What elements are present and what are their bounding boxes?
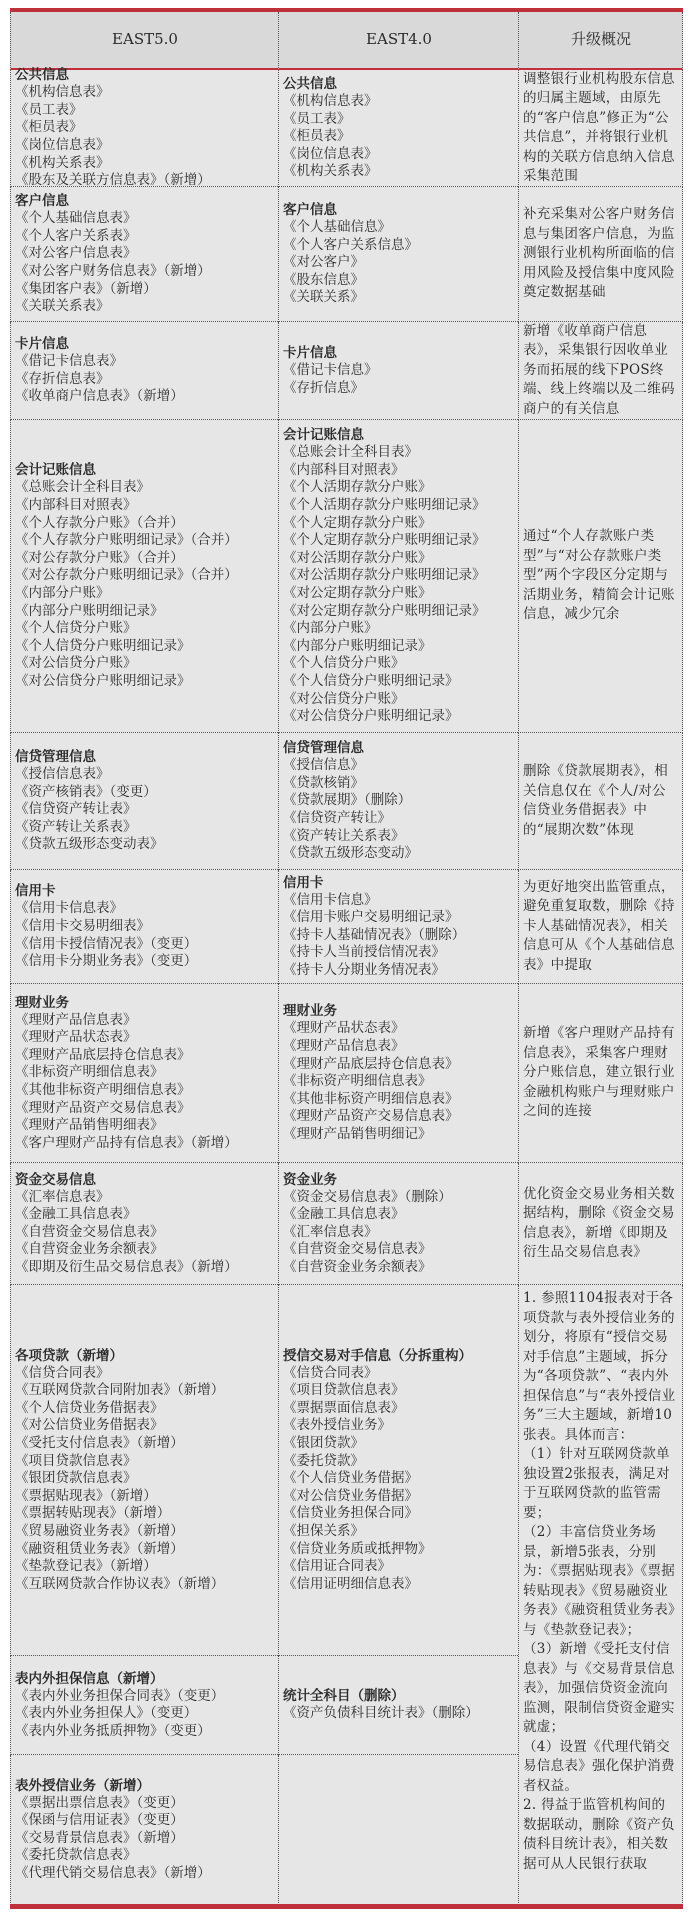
section-title: 资金交易信息 xyxy=(15,1171,275,1189)
table-name-item: 《非标资产明细信息表》 xyxy=(283,1073,515,1091)
section-title: 公共信息 xyxy=(283,75,515,93)
table-name-item: 《理财产品状态表》 xyxy=(15,1029,275,1047)
table-name-item: 《信用卡信息》 xyxy=(283,892,515,910)
section-title: 信贷管理信息 xyxy=(283,739,515,757)
table-name-item: 《个人信贷业务借据》 xyxy=(283,1470,515,1488)
table-name-item: 《非标资产明细信息表》 xyxy=(15,1064,275,1082)
table-name-item: 《个人存款分户账》（合并） xyxy=(15,515,275,533)
cell-east5: 会计记账信息《总账会计全科目表》《内部科目对照表》《个人存款分户账》（合并）《个… xyxy=(10,420,278,733)
overview-line: （1）针对互联网贷款单独设置2张报表，满足对于互联网贷款的监管需要； xyxy=(523,1445,679,1523)
table-name-item: 《个人活期存款分户账明细记录》 xyxy=(283,497,515,515)
table-name-item: 《受托支付信息表》（新增） xyxy=(15,1435,275,1453)
east-comparison-table: EAST5.0 EAST4.0 升级概况 公共信息《机构信息表》《员工表》《柜员… xyxy=(10,8,683,1905)
table-name-item: 《持卡人当前授信情况表》 xyxy=(283,944,515,962)
table-name-item: 《理财产品状态表》 xyxy=(283,1020,515,1038)
table-name-item: 《金融工具信息表》 xyxy=(283,1206,515,1224)
header-overview: 升级概况 xyxy=(518,12,683,70)
table-name-item: 《对公存款分户账》（合并） xyxy=(15,550,275,568)
table-name-item: 《自营资金交易信息表》 xyxy=(283,1241,515,1259)
cell-east4: 卡片信息《借记卡信息》《存折信息》 xyxy=(278,322,518,420)
cell-east4: 授信交易对手信息（分拆重构）《信贷合同表》《项目贷款信息表》《票据票面信息表》《… xyxy=(278,1285,518,1656)
table-name-item: 《对公定期存款分户账明细记录》 xyxy=(283,603,515,621)
table-name-item: 《借记卡信息》 xyxy=(283,362,515,380)
table-name-item: 《信用卡授信情况表》（变更） xyxy=(15,936,275,954)
cell-east4: 信用卡《信用卡信息》《信用卡账户交易明细记录》《持卡人基础情况表》（删除）《持卡… xyxy=(278,870,518,984)
table-name-item: 《个人客户关系表》 xyxy=(15,228,275,246)
table-name-item: 《委托贷款》 xyxy=(283,1453,515,1471)
table-name-item: 《理财产品信息表》 xyxy=(15,1012,275,1030)
table-name-item: 《收单商户信息表》（新增） xyxy=(15,388,275,406)
table-name-item: 《个人信贷业务借据表》 xyxy=(15,1400,275,1418)
table-name-item: 《对公活期存款分户账明细记录》 xyxy=(283,567,515,585)
overview-line: （4）设置《代理代销交易信息表》强化保护消费者权益。 xyxy=(523,1738,679,1797)
table-name-item: 《个人活期存款分户账》 xyxy=(283,479,515,497)
section-title: 资金业务 xyxy=(283,1171,515,1189)
table-name-item: 《对公客户财务信息表》（新增） xyxy=(15,263,275,281)
table-name-item: 《岗位信息表》 xyxy=(15,137,275,155)
table-name-item: 《个人存款分户账明细记录》（合并） xyxy=(15,532,275,550)
table-name-item: 《员工表》 xyxy=(15,102,275,120)
cell-overview: 新增《客户理财产品持有信息表》，采集客户理财分户账信息，建立银行业金融机构账户与… xyxy=(518,984,683,1163)
table-name-item: 《内部分户账明细记录》 xyxy=(15,603,275,621)
cell-east4: 资金业务《资金交易信息表》（删除）《金融工具信息表》《汇率信息表》《自营资金交易… xyxy=(278,1163,518,1285)
table-name-item: 《贷款核销》 xyxy=(283,775,515,793)
cell-east4: 客户信息《个人基础信息》《个人客户关系信息》《对公客户》《股东信息》《关联关系》 xyxy=(278,187,518,322)
table-name-item: 《内部分户账》 xyxy=(283,620,515,638)
table-name-item: 《表内外业务担保合同表》（变更） xyxy=(15,1688,275,1706)
table-name-item: 《岗位信息表》 xyxy=(283,146,515,164)
cell-east5: 资金交易信息《汇率信息表》《金融工具信息表》《自营资金交易信息表》《自营资金业务… xyxy=(10,1163,278,1285)
table-name-item: 《票据票面信息表》 xyxy=(283,1400,515,1418)
section-title: 客户信息 xyxy=(283,201,515,219)
table-name-item: 《理财产品资产交易信息表》 xyxy=(15,1100,275,1118)
cell-east5: 信贷管理信息《授信信息表》《资产核销表》（变更）《信贷资产转让表》《资产转让关系… xyxy=(10,733,278,870)
cell-east4: 公共信息《机构信息表》《员工表》《柜员表》《岗位信息表》《机构关系表》 xyxy=(278,70,518,187)
table-name-item: 《资产核销表》（变更） xyxy=(15,784,275,802)
table-name-item: 《个人信贷分户账》 xyxy=(15,620,275,638)
table-name-item: 《自营资金业务余额表》 xyxy=(283,1259,515,1277)
cell-east5: 卡片信息《借记卡信息表》《存折信息表》《收单商户信息表》（新增） xyxy=(10,322,278,420)
cell-east5: 表外授信业务（新增）《票据出票信息表》（变更）《保函与信用证表》（变更）《交易背… xyxy=(10,1755,278,1905)
table-name-item: 《票据贴现表》（新增） xyxy=(15,1488,275,1506)
table-name-item: 《授信信息表》 xyxy=(15,766,275,784)
cell-overview: 新增《收单商户信息表》，采集银行因收单业务而拓展的线下POS终端、线上终端以及二… xyxy=(518,322,683,420)
cell-overview: 通过“个人存款账户类型”与“对公存款账户类型”两个字段区分定期与活期业务，精简会… xyxy=(518,420,683,733)
section-title: 表内外担保信息（新增） xyxy=(15,1670,275,1688)
table-name-item: 《对公信贷分户账》 xyxy=(15,655,275,673)
table-name-item: 《表内外业务担保人》（变更） xyxy=(15,1705,275,1723)
cell-east4: 信贷管理信息《授信信息》《贷款核销》《贷款展期》（删除）《信贷资产转让》《资产转… xyxy=(278,733,518,870)
overview-line: （3）新增《受托支付信息表》与《交易背景信息表》，加强信贷资金流向监测，限制信贷… xyxy=(523,1640,679,1738)
table-name-item: 《汇率信息表》 xyxy=(283,1224,515,1242)
table-name-item: 《表外授信业务》 xyxy=(283,1417,515,1435)
table-name-item: 《信贷业务质或抵押物》 xyxy=(283,1541,515,1559)
cell-east4: 统计全科目（删除）《资产负债科目统计表》（删除） xyxy=(278,1656,518,1755)
table-name-item: 《交易背景信息表》（新增） xyxy=(15,1830,275,1848)
table-name-item: 《机构关系表》 xyxy=(15,155,275,173)
table-name-item: 《即期及衍生品交易信息表》（新增） xyxy=(15,1259,275,1277)
table-name-item: 《贷款展期》（删除） xyxy=(283,792,515,810)
table-name-item: 《资金交易信息表》（删除） xyxy=(283,1189,515,1207)
cell-east5: 表内外担保信息（新增）《表内外业务担保合同表》（变更）《表内外业务担保人》（变更… xyxy=(10,1656,278,1755)
table-name-item: 《信用卡信息表》 xyxy=(15,900,275,918)
table-name-item: 《总账会计全科目表》 xyxy=(283,444,515,462)
cell-east5: 各项贷款（新增）《信贷合同表》《互联网贷款合同附加表》（新增）《个人信贷业务借据… xyxy=(10,1285,278,1656)
table-name-item: 《存折信息》 xyxy=(283,380,515,398)
section-title: 信贷管理信息 xyxy=(15,748,275,766)
cell-east5: 公共信息《机构信息表》《员工表》《柜员表》《岗位信息表》《机构关系表》《股东及关… xyxy=(10,70,278,187)
table-name-item: 《汇率信息表》 xyxy=(15,1189,275,1207)
table-name-item: 《理财产品销售明细记》 xyxy=(283,1126,515,1144)
table-name-item: 《理财产品资产交易信息表》 xyxy=(283,1108,515,1126)
section-title: 理财业务 xyxy=(283,1002,515,1020)
table-name-item: 《自营资金业务余额表》 xyxy=(15,1241,275,1259)
table-name-item: 《信贷业务担保合同》 xyxy=(283,1505,515,1523)
table-name-item: 《信用证合同表》 xyxy=(283,1558,515,1576)
table-name-item: 《信贷资产转让》 xyxy=(283,810,515,828)
table-name-item: 《对公信贷业务借据表》 xyxy=(15,1417,275,1435)
cell-east4: 理财业务《理财产品状态表》《理财产品信息表》《理财产品底层持仓信息表》《非标资产… xyxy=(278,984,518,1163)
table-name-item: 《个人基础信息表》 xyxy=(15,210,275,228)
table-name-item: 《持卡人分期业务情况表》 xyxy=(283,962,515,980)
table-name-item: 《个人客户关系信息》 xyxy=(283,237,515,255)
table-name-item: 《贷款五级形态变动表》 xyxy=(15,836,275,854)
table-name-item: 《机构信息表》 xyxy=(15,84,275,102)
table-name-item: 《个人定期存款分户账》 xyxy=(283,515,515,533)
table-name-item: 《信贷资产转让表》 xyxy=(15,801,275,819)
section-title: 表外授信业务（新增） xyxy=(15,1777,275,1795)
table-name-item: 《员工表》 xyxy=(283,111,515,129)
table-name-item: 《互联网贷款合同附加表》（新增） xyxy=(15,1382,275,1400)
table-name-item: 《信用证明细信息表》 xyxy=(283,1576,515,1594)
table-name-item: 《项目贷款信息表》 xyxy=(283,1382,515,1400)
table-name-item: 《对公活期存款分户账》 xyxy=(283,550,515,568)
table-name-item: 《项目贷款信息表》 xyxy=(15,1453,275,1471)
table-name-item: 《个人信贷分户账》 xyxy=(283,655,515,673)
section-title: 信用卡 xyxy=(283,874,515,892)
section-title: 统计全科目（删除） xyxy=(283,1687,515,1705)
table-name-item: 《票据出票信息表》（变更） xyxy=(15,1795,275,1813)
table-name-item: 《个人信贷分户账明细记录》 xyxy=(15,638,275,656)
table-grid: EAST5.0 EAST4.0 升级概况 公共信息《机构信息表》《员工表》《柜员… xyxy=(10,12,683,1905)
table-name-item: 《表内外业务抵质押物》（变更） xyxy=(15,1723,275,1741)
table-name-item: 《关联关系》 xyxy=(283,289,515,307)
table-name-item: 《理财产品销售明细表》 xyxy=(15,1117,275,1135)
table-name-item: 《信用卡账户交易明细记录》 xyxy=(283,909,515,927)
table-name-item: 《垫款登记表》（新增） xyxy=(15,1558,275,1576)
table-name-item: 《理财产品信息表》 xyxy=(283,1038,515,1056)
section-title: 会计记账信息 xyxy=(283,426,515,444)
table-name-item: 《对公客户信息表》 xyxy=(15,245,275,263)
table-name-item: 《对公定期存款分户账》 xyxy=(283,585,515,603)
cell-overview: 优化资金交易业务相关数据结构，删除《资金交易信息表》，新增《即期及衍生品交易信息… xyxy=(518,1163,683,1285)
table-name-item: 《集团客户表》（新增） xyxy=(15,281,275,299)
table-name-item: 《资产转让关系表》 xyxy=(15,819,275,837)
cell-east4: 会计记账信息《总账会计全科目表》《内部科目对照表》《个人活期存款分户账》《个人活… xyxy=(278,420,518,733)
table-name-item: 《理财产品底层持仓信息表》 xyxy=(15,1047,275,1065)
table-name-item: 《互联网贷款合作协议表》（新增） xyxy=(15,1576,275,1594)
table-name-item: 《金融工具信息表》 xyxy=(15,1206,275,1224)
cell-east5: 理财业务《理财产品信息表》《理财产品状态表》《理财产品底层持仓信息表》《非标资产… xyxy=(10,984,278,1163)
cell-overview: 删除《贷款展期表》，相关信息仅在《个人/对公信贷业务借据表》中的“展期次数”体现 xyxy=(518,733,683,870)
table-name-item: 《代理代销交易信息表》（新增） xyxy=(15,1865,275,1883)
table-name-item: 《理财产品底层持仓信息表》 xyxy=(283,1056,515,1074)
table-name-item: 《内部分户账》 xyxy=(15,585,275,603)
overview-line: （2）丰富信贷业务场景，新增5张表，分别为：《票据贴现表》《票据转贴现表》《贸易… xyxy=(523,1523,679,1640)
table-name-item: 《资产负债科目统计表》（删除） xyxy=(283,1705,515,1723)
table-name-item: 《个人定期存款分户账明细记录》 xyxy=(283,532,515,550)
cell-east4 xyxy=(278,1755,518,1905)
section-title: 公共信息 xyxy=(15,66,275,84)
table-name-item: 《内部科目对照表》 xyxy=(15,497,275,515)
section-title: 授信交易对手信息（分拆重构） xyxy=(283,1347,515,1365)
table-name-item: 《信用卡交易明细表》 xyxy=(15,918,275,936)
table-name-item: 《机构关系表》 xyxy=(283,163,515,181)
table-name-item: 《对公信贷分户账明细记录》 xyxy=(15,673,275,691)
table-name-item: 《柜员表》 xyxy=(15,119,275,137)
table-name-item: 《担保关系》 xyxy=(283,1523,515,1541)
table-name-item: 《票据转贴现表》（新增） xyxy=(15,1505,275,1523)
table-name-item: 《个人信贷分户账明细记录》 xyxy=(283,673,515,691)
table-name-item: 《借记卡信息表》 xyxy=(15,353,275,371)
table-name-item: 《对公客户》 xyxy=(283,254,515,272)
table-name-item: 《内部科目对照表》 xyxy=(283,462,515,480)
table-name-item: 《委托贷款信息表》 xyxy=(15,1847,275,1865)
table-name-item: 《资产转让关系表》 xyxy=(283,828,515,846)
table-name-item: 《对公信贷分户账》 xyxy=(283,691,515,709)
table-name-item: 《机构信息表》 xyxy=(283,93,515,111)
cell-east5: 客户信息《个人基础信息表》《个人客户关系表》《对公客户信息表》《对公客户财务信息… xyxy=(10,187,278,322)
table-name-item: 《总账会计全科目表》 xyxy=(15,479,275,497)
section-title: 客户信息 xyxy=(15,192,275,210)
table-name-item: 《个人基础信息》 xyxy=(283,219,515,237)
bottom-red-bar xyxy=(10,1904,683,1909)
cell-overview: 为更好地突出监管重点，避免重复取数，删除《持卡人基础情况表》，相关信息可从《个人… xyxy=(518,870,683,984)
table-name-item: 《信用卡分期业务表》（变更） xyxy=(15,953,275,971)
table-name-item: 《关联关系表》 xyxy=(15,298,275,316)
cell-overview: 调整银行业机构股东信息的归属主题域，由原先的“客户信息”修正为“公共信息”，并将… xyxy=(518,70,683,187)
table-name-item: 《保函与信用证表》（变更） xyxy=(15,1812,275,1830)
table-name-item: 《贸易融资业务表》（新增） xyxy=(15,1523,275,1541)
overview-line: 1. 参照1104报表对于各项贷款与表外授信业务的划分，将原有“授信交易对手信息… xyxy=(523,1289,679,1445)
table-name-item: 《股东信息》 xyxy=(283,272,515,290)
table-name-item: 《其他非标资产明细信息表》 xyxy=(15,1082,275,1100)
overview-line: 2. 得益于监管机构间的数据联动，删除《资产负债科目统计表》，相关数据可从人民银… xyxy=(523,1796,679,1874)
section-title: 各项贷款（新增） xyxy=(15,1347,275,1365)
section-title: 理财业务 xyxy=(15,994,275,1012)
section-title: 信用卡 xyxy=(15,882,275,900)
section-title: 卡片信息 xyxy=(283,344,515,362)
table-name-item: 《自营资金交易信息表》 xyxy=(15,1224,275,1242)
cell-overview-merged: 1. 参照1104报表对于各项贷款与表外授信业务的划分，将原有“授信交易对手信息… xyxy=(518,1285,683,1905)
table-name-item: 《银团贷款》 xyxy=(283,1435,515,1453)
table-name-item: 《内部分户账明细记录》 xyxy=(283,638,515,656)
cell-overview: 补充采集对公客户财务信息与集团客户信息，为监测银行业机构所面临的信用风险及授信集… xyxy=(518,187,683,322)
table-name-item: 《银团贷款信息表》 xyxy=(15,1470,275,1488)
table-name-item: 《持卡人基础情况表》（删除） xyxy=(283,927,515,945)
table-name-item: 《柜员表》 xyxy=(283,128,515,146)
table-name-item: 《对公存款分户账明细记录》（合并） xyxy=(15,567,275,585)
cell-east5: 信用卡《信用卡信息表》《信用卡交易明细表》《信用卡授信情况表》（变更）《信用卡分… xyxy=(10,870,278,984)
table-name-item: 《融资租赁业务表》（新增） xyxy=(15,1541,275,1559)
section-title: 会计记账信息 xyxy=(15,461,275,479)
table-name-item: 《信贷合同表》 xyxy=(15,1365,275,1383)
table-name-item: 《其他非标资产明细信息表》 xyxy=(283,1091,515,1109)
header-east5: EAST5.0 xyxy=(10,12,278,70)
table-name-item: 《授信信息》 xyxy=(283,757,515,775)
section-title: 卡片信息 xyxy=(15,335,275,353)
header-east4: EAST4.0 xyxy=(278,12,518,70)
table-name-item: 《对公信贷分户账明细记录》 xyxy=(283,708,515,726)
table-name-item: 《存折信息表》 xyxy=(15,371,275,389)
table-name-item: 《信贷合同表》 xyxy=(283,1365,515,1383)
table-name-item: 《对公信贷业务借据》 xyxy=(283,1488,515,1506)
table-name-item: 《客户理财产品持有信息表》（新增） xyxy=(15,1135,275,1153)
table-name-item: 《贷款五级形态变动》 xyxy=(283,845,515,863)
